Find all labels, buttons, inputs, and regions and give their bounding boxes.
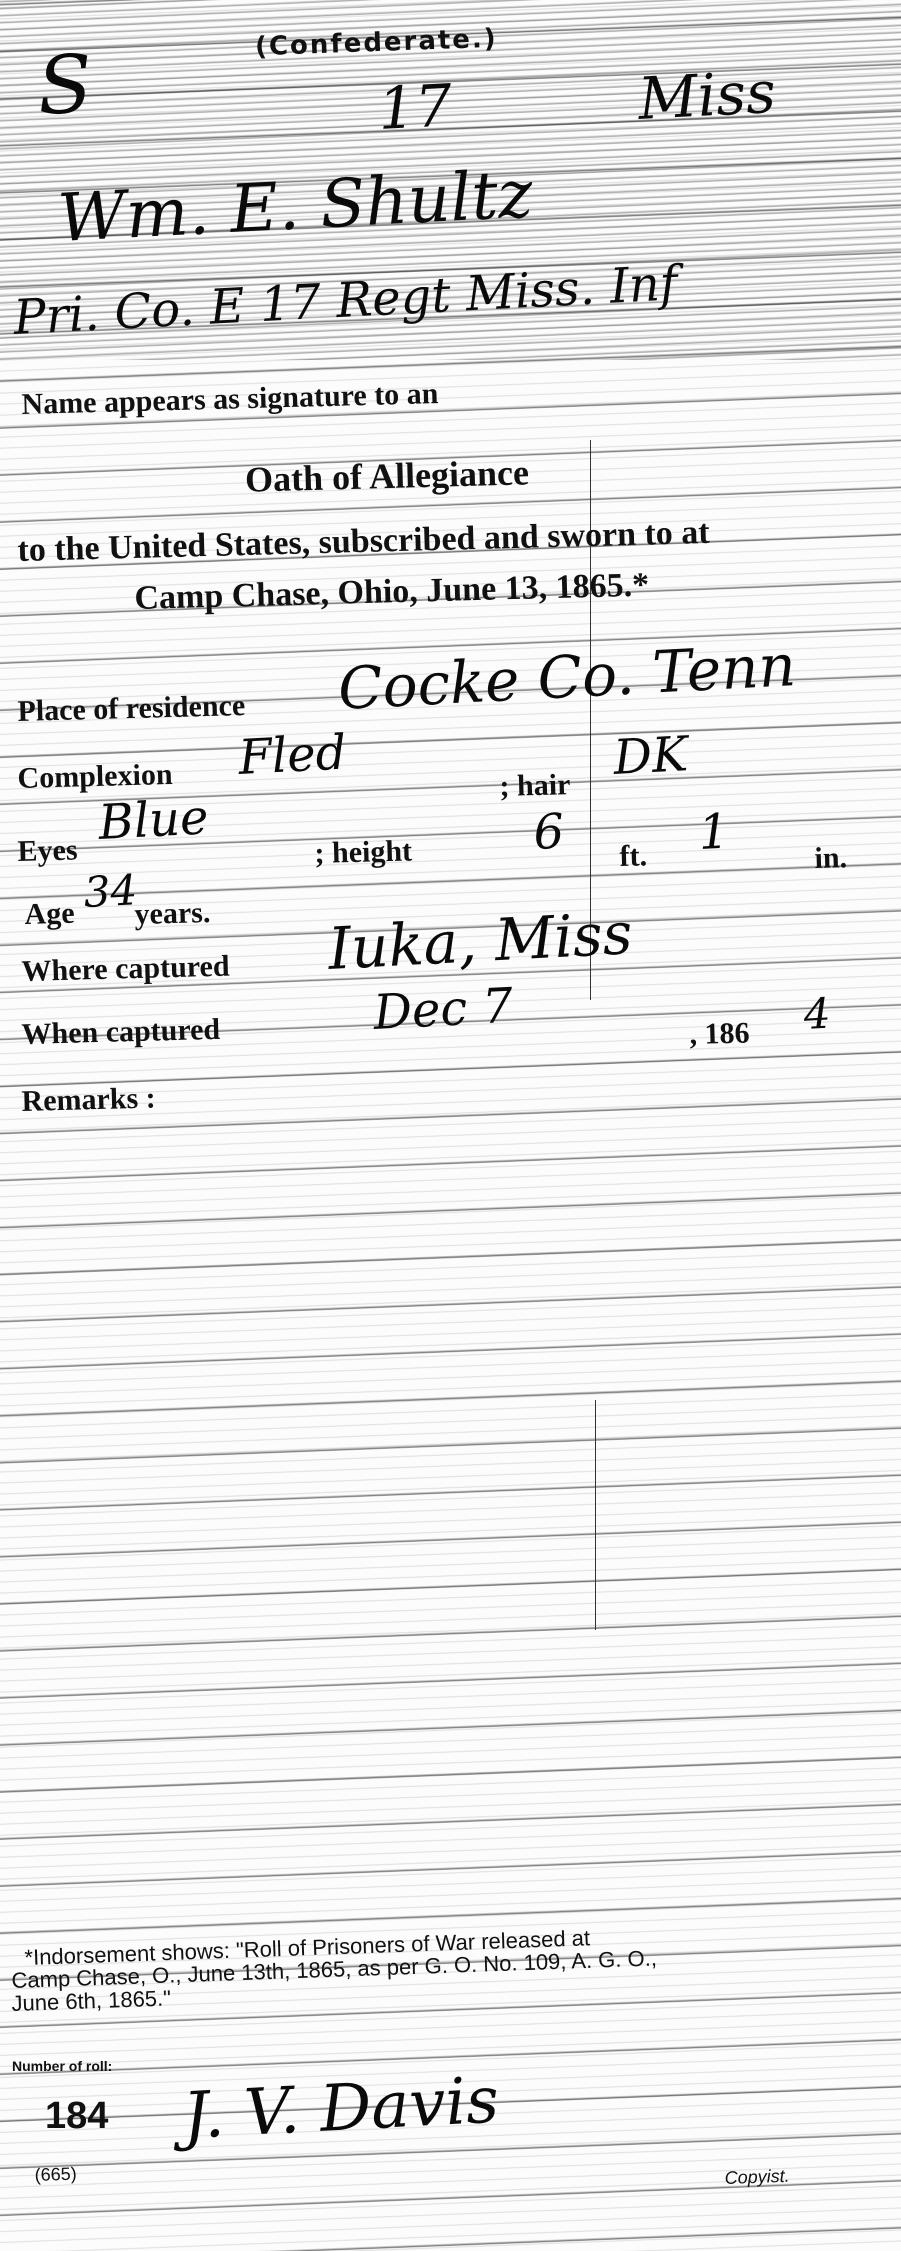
form-number: (665) — [34, 2164, 77, 2186]
when-captured-label: When captured — [21, 1013, 220, 1052]
oath-title: Oath of Allegiance — [244, 451, 529, 500]
remarks-label: Remarks : — [21, 1082, 156, 1119]
years-label: years. — [134, 896, 211, 932]
when-captured-year-suffix: 4 — [802, 989, 831, 1039]
complexion-value: Fled — [237, 724, 348, 786]
footnote-line-3: June 6th, 1865." — [11, 1985, 171, 2017]
height-ft-value: 6 — [532, 803, 565, 861]
height-in-value: 1 — [697, 803, 730, 861]
copyist-label: Copyist. — [724, 2166, 790, 2189]
initial-handwritten: S — [35, 37, 95, 133]
eyes-value: Blue — [97, 789, 210, 851]
when-captured-value: Dec 7 — [372, 978, 514, 1041]
age-value: 34 — [82, 865, 138, 917]
hair-value: DK — [612, 726, 689, 786]
height-label: ; height — [314, 834, 412, 871]
residence-label: Place of residence — [17, 689, 246, 729]
number-of-roll-label: Number of roll: — [12, 2058, 112, 2074]
fold-line-lower — [595, 1400, 596, 1630]
ft-label: ft. — [619, 839, 647, 874]
age-label: Age — [24, 897, 75, 932]
when-captured-year-prefix: , 186 — [689, 1016, 750, 1052]
complexion-label: Complexion — [17, 758, 173, 796]
state-handwritten: Miss — [636, 58, 777, 133]
in-label: in. — [814, 841, 847, 876]
where-captured-label: Where captured — [21, 950, 230, 989]
regiment-number-handwritten: 17 — [376, 71, 453, 143]
hair-label: ; hair — [499, 768, 571, 804]
number-of-roll-value: 184 — [45, 2095, 108, 2138]
eyes-label: Eyes — [17, 833, 78, 869]
